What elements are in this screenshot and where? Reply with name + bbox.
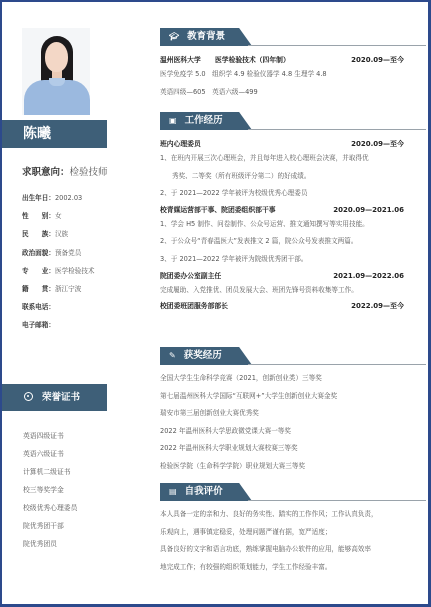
info-row: 电子邮箱：	[22, 320, 95, 338]
job-intent-label: 求职意向：	[22, 167, 70, 178]
divider	[248, 500, 426, 501]
list-item: 院优秀团干部	[23, 522, 77, 540]
list-item: 校三等奖学金	[23, 486, 77, 504]
work-entry-title: 班内心理委员2020.09—至今	[160, 138, 426, 150]
work-header: ▣工作经历	[160, 112, 426, 130]
info-row: 性 别：女	[22, 211, 95, 229]
honors-header: 荣誉证书	[2, 384, 107, 411]
candidate-name: 陈曦	[23, 126, 51, 142]
job-intent: 求职意向：检验技师	[22, 164, 108, 178]
list-item: 英语六级证书	[23, 450, 77, 468]
edit-icon: ✎	[169, 347, 176, 365]
honors-list: 英语四级证书 英语六级证书 计算机二级证书 校三等奖学金 校级优秀心理委员 院优…	[23, 432, 77, 558]
education-header: 🎓︎教育背景	[160, 28, 426, 46]
awards-section: 全国大学生生命科学竞赛（2021，创新创业类）三等奖 第七届温州医科大学国际“互…	[160, 370, 426, 475]
personal-info: 出生年日：2002.03 性 别：女 民 族：汉族 政治面貌：预备党员 专 业：…	[22, 193, 95, 339]
info-row: 联系电话：	[22, 302, 95, 320]
list-item: 全国大学生生命科学竞赛（2021，创新创业类）三等奖	[160, 370, 426, 388]
info-row: 民 族：汉族	[22, 229, 95, 247]
work-entry-title: 校团委班团服务部部长2022.09—至今	[160, 300, 426, 312]
school: 温州医科大学	[160, 56, 201, 64]
list-item: 2022 年温州医科大学思政微党课大赛一等奖	[160, 423, 426, 441]
info-row: 专 业：医学检验技术	[22, 266, 95, 284]
awards-header: ✎获奖经历	[160, 347, 426, 365]
divider	[248, 45, 426, 46]
profile-photo	[22, 28, 90, 115]
job-intent-value: 检验技师	[70, 167, 108, 178]
english-scores: 英语四级—605 英语六级—499	[160, 84, 426, 102]
list-item: 2022 年温州医科大学职业规划大赛校赛三等奖	[160, 440, 426, 458]
grades: 医学免疫学 5.0 组织学 4.9 检验仪器学 4.8 生理学 4.8	[160, 66, 426, 84]
work-entry-title: 院团委办公室副主任2021.09—2022.06	[160, 270, 426, 282]
list-item: 英语四级证书	[23, 432, 77, 450]
list-item: 瑞安市第三届创新创业大赛优秀奖	[160, 405, 426, 423]
education-row: 温州医科大学 医学检验技术（四年制） 2020.09—至今	[160, 54, 426, 66]
self-eval-header: ▤自我评价	[160, 483, 426, 501]
name-banner: 陈曦	[2, 120, 107, 148]
work-section: 班内心理委员2020.09—至今 1、在班内开展三次心理班会，并且每年进入校心理…	[160, 138, 426, 312]
list-item: 校级优秀心理委员	[23, 504, 77, 522]
date: 2020.09—至今	[351, 54, 426, 66]
note-icon: ▤	[169, 483, 177, 501]
list-item: 检验医学院（生命科学学院）职业规划大赛三等奖	[160, 458, 426, 476]
resume-page: 陈曦 求职意向：检验技师 出生年日：2002.03 性 别：女 民 族：汉族 政…	[0, 0, 431, 607]
info-row: 籍 贯：浙江宁波	[22, 284, 95, 302]
list-item: 第七届温州医科大学国际“互联网+”大学生创新创业大赛金奖	[160, 388, 426, 406]
list-item: 计算机二级证书	[23, 468, 77, 486]
graduation-cap-icon: 🎓︎	[169, 28, 179, 46]
education-section: 温州医科大学 医学检验技术（四年制） 2020.09—至今 医学免疫学 5.0 …	[160, 54, 426, 101]
briefcase-icon: ▣	[169, 112, 177, 130]
list-item: 院优秀团员	[23, 540, 77, 558]
self-eval-section: 本人具备一定的亲和力、良好的务实性、踏实的工作作风；工作认真负责， 乐观向上，遇…	[160, 506, 426, 576]
divider	[248, 129, 426, 130]
work-entry-title: 校青媒运营部干事、院团委组织部干事2020.09—2021.06	[160, 204, 426, 216]
divider	[248, 364, 426, 365]
major: 医学检验技术（四年制）	[215, 56, 290, 64]
info-row: 政治面貌：预备党员	[22, 248, 95, 266]
medal-icon	[24, 392, 33, 401]
info-row: 出生年日：2002.03	[22, 193, 95, 211]
